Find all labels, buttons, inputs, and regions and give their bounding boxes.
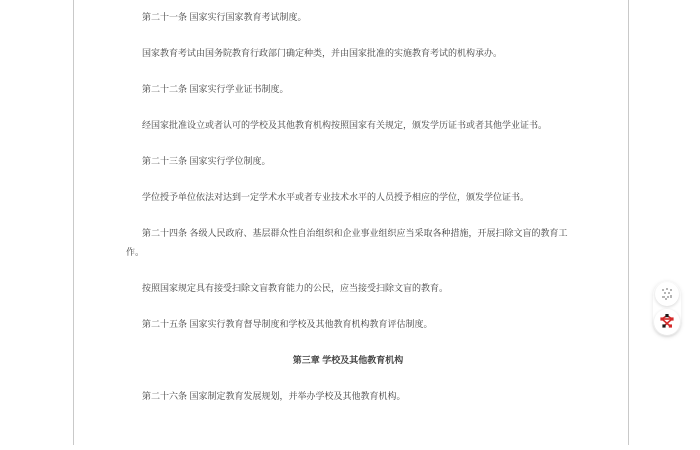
paragraph: 第二十四条 各级人民政府、基层群众性自治组织和企业事业组织应当采取各种措施，开展… <box>126 224 570 261</box>
document-panel: 第二十一条 国家实行国家教育考试制度。国家教育考试由国务院教育行政部门确定种类，… <box>73 0 629 445</box>
network-graph-icon <box>658 313 676 331</box>
floating-toolbar <box>653 281 681 336</box>
paragraph: 经国家批准设立或者认可的学校及其他教育机构按照国家有关规定，颁发学历证书或者其他… <box>126 116 570 135</box>
paragraph: 按照国家规定具有接受扫除文盲教育能力的公民，应当接受扫除文盲的教育。 <box>126 279 570 298</box>
paragraph: 第二十五条 国家实行教育督导制度和学校及其他教育机构教育评估制度。 <box>126 315 570 334</box>
paragraph: 国家教育考试由国务院教育行政部门确定种类，并由国家批准的实施教育考试的机构承办。 <box>126 44 570 63</box>
dotted-glyph-icon <box>660 287 674 301</box>
paragraph: 第二十一条 国家实行国家教育考试制度。 <box>126 8 570 27</box>
paragraph: 第二十六条 国家制定教育发展规划，并举办学校及其他教育机构。 <box>126 387 570 406</box>
paragraph: 第二十三条 国家实行学位制度。 <box>126 152 570 171</box>
network-graph-button[interactable] <box>654 309 680 335</box>
document-body: 第二十一条 国家实行国家教育考试制度。国家教育考试由国务院教育行政部门确定种类，… <box>126 0 570 405</box>
chapter-heading: 第三章 学校及其他教育机构 <box>126 351 570 370</box>
paragraph: 学位授予单位依法对达到一定学术水平或者专业技术水平的人员授予相应的学位，颁发学位… <box>126 188 570 207</box>
dotted-glyph-button[interactable] <box>655 282 679 306</box>
paragraph: 第二十二条 国家实行学业证书制度。 <box>126 80 570 99</box>
